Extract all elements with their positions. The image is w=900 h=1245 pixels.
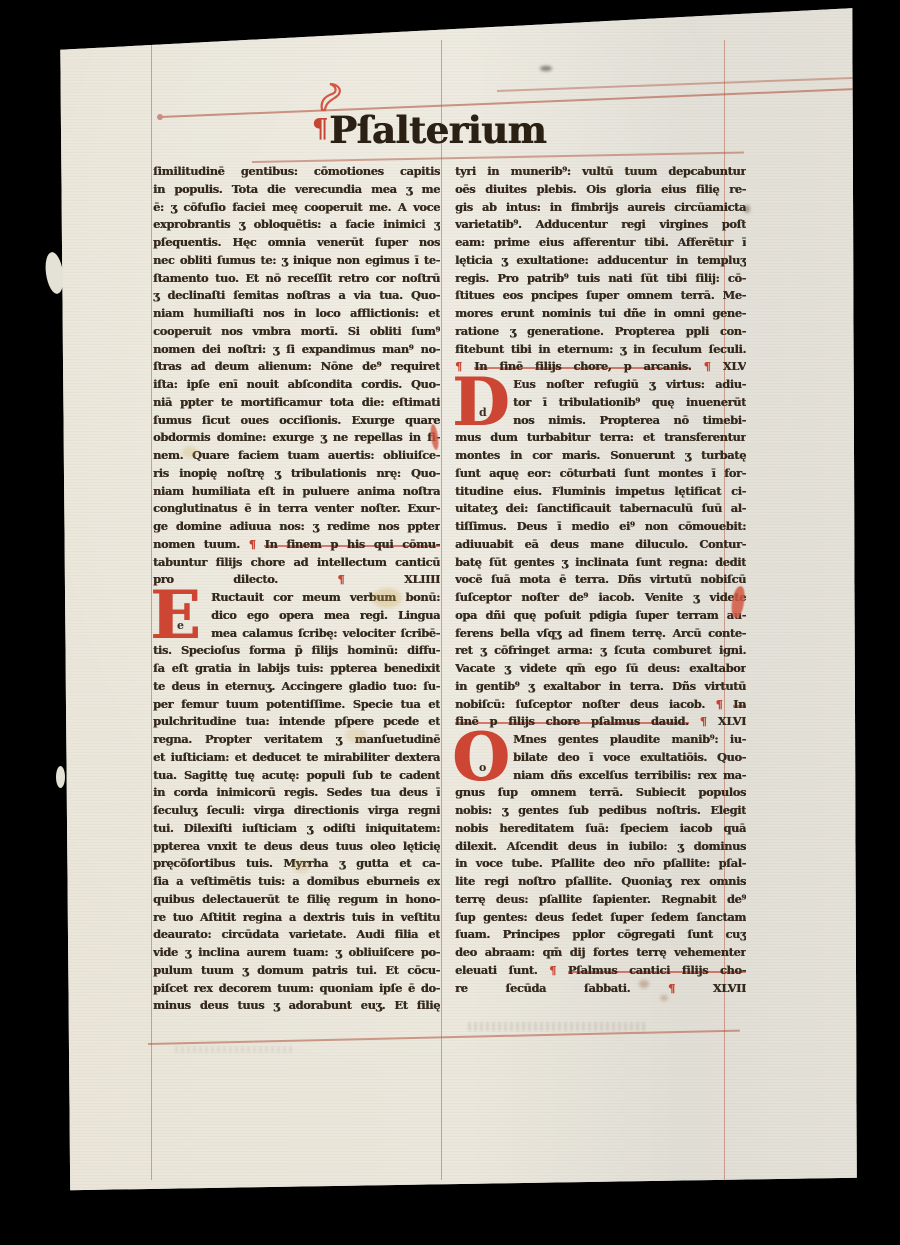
- text-line: nomen tuum. ¶ In finem p his qui cōmu-: [153, 536, 440, 554]
- text-line: lęticia ʒ exultatione: adducentur in tem…: [455, 252, 746, 270]
- text-line: conglutinatus ē in terra venter noſter. …: [153, 500, 440, 518]
- text-line: ratione ʒ generatione. Propterea ppli co…: [455, 323, 746, 341]
- text-line: deo abraam: qm̄ dij fortes terrę vehemen…: [455, 944, 746, 962]
- text-line: ſumus ſicut oues occiſionis. Exurge quar…: [153, 412, 440, 430]
- stain: [639, 980, 649, 988]
- text-line: ſa eſt gratia in labijs tuis: ppterea be…: [153, 660, 440, 678]
- text-line: montes in cor maris. Sonuerunt ʒ turbatę: [455, 447, 746, 465]
- text-line: tua. Sagittę tuę acutę: populi ſub te ca…: [153, 767, 440, 785]
- text-line: ſtras ad deum alienum: Nōne de⁹ requiret: [153, 358, 440, 376]
- text-line: adiuuabit eā deus mane diluculo. Contur-: [455, 536, 746, 554]
- text-line: fitebunt tibi in eternum: ʒ in ſeculum ſ…: [455, 341, 746, 359]
- text-line: nec obliti ſumus te: ʒ inique non egimus…: [153, 252, 440, 270]
- guide-letter: d: [479, 406, 487, 419]
- text-line: ſuam. Principes pplor cōgregati ſunt cuʒ: [455, 926, 746, 944]
- text-column-right: tyri in munerib⁹: vultū tuum depcabuntur…: [455, 163, 746, 997]
- text-line: minus deus tuus ʒ adorabunt euʒ. Et fili…: [153, 997, 440, 1015]
- manuscript-leaf: ¶Pſalterium ſimilitudinē gentibus: cōmot…: [0, 0, 900, 1245]
- text-line: pulchritudine tua: intende pſpere pcede …: [153, 713, 440, 731]
- text-line: ſunt aquę eor: cōturbati ſunt montes ī f…: [455, 465, 746, 483]
- page-heading: ¶Pſalterium: [312, 108, 546, 152]
- text-line: ferens bella vſqʒ ad finem terrę. Arcū c…: [455, 625, 746, 643]
- text-line: lite regi noſtro pſallite. Quoniaʒ rex o…: [455, 873, 746, 891]
- text-line: obdormis domine: exurge ʒ ne repellas in…: [153, 429, 440, 447]
- text-line: ſuſceptor noſter de⁹ iacob. Venite ʒ vid…: [455, 589, 746, 607]
- text-line: per femur tuum potentiſſime. Specie tua …: [153, 696, 440, 714]
- text-line: re ſecūda ſabbati. ¶ XLVII: [455, 980, 746, 998]
- paper-texture: [0, 0, 900, 1245]
- text-line: vocē ſuā mota ē terra. Dñs virtutū nobiſ…: [455, 571, 746, 589]
- text-line: batę ſūt gentes ʒ inclinata ſunt regna: …: [455, 554, 746, 572]
- stain: [372, 588, 402, 608]
- text-line: nobis: ʒ gentes ſub pedibus noſtris. Ele…: [455, 802, 746, 820]
- verso-bleed-through: [468, 1022, 648, 1031]
- text-line: in voce tube. Pſallite deo nr̄o pſallite…: [455, 855, 746, 873]
- heading-pilcrow: ¶: [312, 114, 328, 144]
- text-line: iſta: ipſe enī nouit abſcondita cordis. …: [153, 376, 440, 394]
- text-line: opa dñi quę poſuit pdigia ſuper terram a…: [455, 607, 746, 625]
- text-line: vide ʒ inclina aurem tuam: ʒ obliuiſcere…: [153, 944, 440, 962]
- drop-cap-block: OoMnes gentes plaudite manib⁹: iu-bilate…: [455, 731, 746, 784]
- verso-bleed-through: [175, 1046, 295, 1053]
- text-line: nobiſcū: ſuſceptor noſter deus iacob. ¶ …: [455, 696, 746, 714]
- stain: [182, 446, 198, 458]
- text-line: tyri in munerib⁹: vultū tuum depcabuntur: [455, 163, 746, 181]
- text-line: ge domine adiuua nos: ʒ redime nos ppter: [153, 518, 440, 536]
- text-line: ſup gentes: deus ſedet ſuper ſedem ſanct…: [455, 909, 746, 927]
- text-line: eleuati ſunt. ¶ Pſalmus cantici filijs c…: [455, 962, 746, 980]
- guide-letter: e: [177, 619, 184, 632]
- text-line: niam humiliata eſt in puluere anima noſt…: [153, 483, 440, 501]
- text-line: ſeculuʒ ſeculi: virga directionis virga …: [153, 802, 440, 820]
- text-line: tiſſimus. Deus ī medio ei⁹ non cōmouebit…: [455, 518, 746, 536]
- text-line: ppterea vnxit te deus deus tuus oleo lęt…: [153, 838, 440, 856]
- drop-cap-block: DdEus noſter refugiū ʒ virtus: adiu-tor …: [455, 376, 746, 429]
- guide-letter: o: [479, 761, 486, 774]
- heading-title: Pſalterium: [329, 108, 546, 152]
- text-line: titudine eius. Fluminis impetus lętifica…: [455, 483, 746, 501]
- text-line: deaurato: circūdata varietate. Audi fili…: [153, 926, 440, 944]
- text-line: regna. Propter veritatem ʒ manſuetudinē: [153, 731, 440, 749]
- drop-cap-initial: D: [452, 369, 509, 435]
- drop-cap-initial: E: [150, 582, 200, 648]
- text-line: in populis. Tota die verecundia mea ʒ me: [153, 181, 440, 199]
- text-line: ſimilitudinē gentibus: cōmotiones capiti…: [153, 163, 440, 181]
- stain: [540, 66, 552, 71]
- text-line: pulum tuum ʒ domum patris tui. Et cōcu-: [153, 962, 440, 980]
- text-line: tui. Dilexiſti iuſticiam ʒ odiſti iniqui…: [153, 820, 440, 838]
- text-line: ſtamento tuo. Et nō receſſit retro cor n…: [153, 270, 440, 288]
- text-line: piſcet rex decorem tuum: quoniam ipſe ē …: [153, 980, 440, 998]
- stain: [345, 728, 367, 743]
- text-line: et iuſticiam: et deducet te mirabiliter …: [153, 749, 440, 767]
- text-line: niam humiliaſti nos in loco afflictionis…: [153, 305, 440, 323]
- text-line: tabuntur filijs chore ad intellectum can…: [153, 554, 440, 572]
- text-line: ē: ʒ cōfuſio faciei meę cooperuit me. A …: [153, 199, 440, 217]
- ruling-vertical-middle: [441, 40, 442, 1180]
- rubric-flourish-icon: [318, 82, 344, 112]
- text-line: in gentib⁹ ʒ exaltabor in terra. Dñs vir…: [455, 678, 746, 696]
- ruling-header-line: [252, 152, 744, 163]
- text-line: eam: prime eius afferentur tibi. Afferēt…: [455, 234, 746, 252]
- text-line: exprobrantis ʒ obloquētis: a facie inimi…: [153, 216, 440, 234]
- text-line: quibus delectauerūt te filię regum in ho…: [153, 891, 440, 909]
- text-line: pſequentis. Hęc omnia venerūt ſuper nos: [153, 234, 440, 252]
- text-line: nomen dei noſtri: ʒ ſi expandimus man⁹ n…: [153, 341, 440, 359]
- text-line: ris inopię noſtrę ʒ tribulationis nrę: Q…: [153, 465, 440, 483]
- text-line: ſia a veſtimētis tuis: a domibus eburnei…: [153, 873, 440, 891]
- text-line: ſtitues eos pncipes ſuper omnem terrā. M…: [455, 287, 746, 305]
- text-line: gis ab intus: in fimbrijs aureis circūam…: [455, 199, 746, 217]
- text-line: oēs diuites plebis. Ois gloria eius fili…: [455, 181, 746, 199]
- text-line: te deus in eternuʒ. Accingere gladio tuo…: [153, 678, 440, 696]
- ruling-bottom-line: [148, 1030, 740, 1045]
- text-line: terrę deus: pſallite ſapienter. Regnabit…: [455, 891, 746, 909]
- text-line: niā ppter te mortificamur tota die: eſti…: [153, 394, 440, 412]
- text-line: re tuo Aſtitit regina a dextris tuis in …: [153, 909, 440, 927]
- stain: [292, 860, 310, 873]
- text-line: Vacate ʒ videte qm̄ ego ſū deus: exaltab…: [455, 660, 746, 678]
- stain: [744, 205, 750, 213]
- text-line: uitateʒ dei: ſanctificauit tabernaculū ſ…: [455, 500, 746, 518]
- text-line: regis. Pro patrib⁹ tuis nati ſūt tibi fi…: [455, 270, 746, 288]
- drop-cap-initial: O: [452, 724, 510, 790]
- text-line: varietatib⁹. Adducentur regi virgines po…: [455, 216, 746, 234]
- text-line: nobis hereditatem ſuā: ſpeciem iacob quā: [455, 820, 746, 838]
- text-line: dilexit. Aſcendit deus in iubilo: ʒ domi…: [455, 838, 746, 856]
- photo-background: ¶Pſalterium ſimilitudinē gentibus: cōmot…: [0, 0, 900, 1245]
- text-line: cooperuit nos vmbra mortī. Si obliti ſum…: [153, 323, 440, 341]
- text-line: in corda inimicorū regis. Sedes tua deus…: [153, 784, 440, 802]
- text-line: ret ʒ cōfringet arma: ʒ ſcuta comburet i…: [455, 642, 746, 660]
- text-line: ʒ declinaſti ſemitas noſtras a via tua. …: [153, 287, 440, 305]
- text-line: mores erunt nominis tui dñe in omni gene…: [455, 305, 746, 323]
- text-column-left: ſimilitudinē gentibus: cōmotiones capiti…: [153, 163, 440, 1015]
- deckle-edge-bump: [56, 766, 65, 788]
- stain: [660, 995, 668, 1001]
